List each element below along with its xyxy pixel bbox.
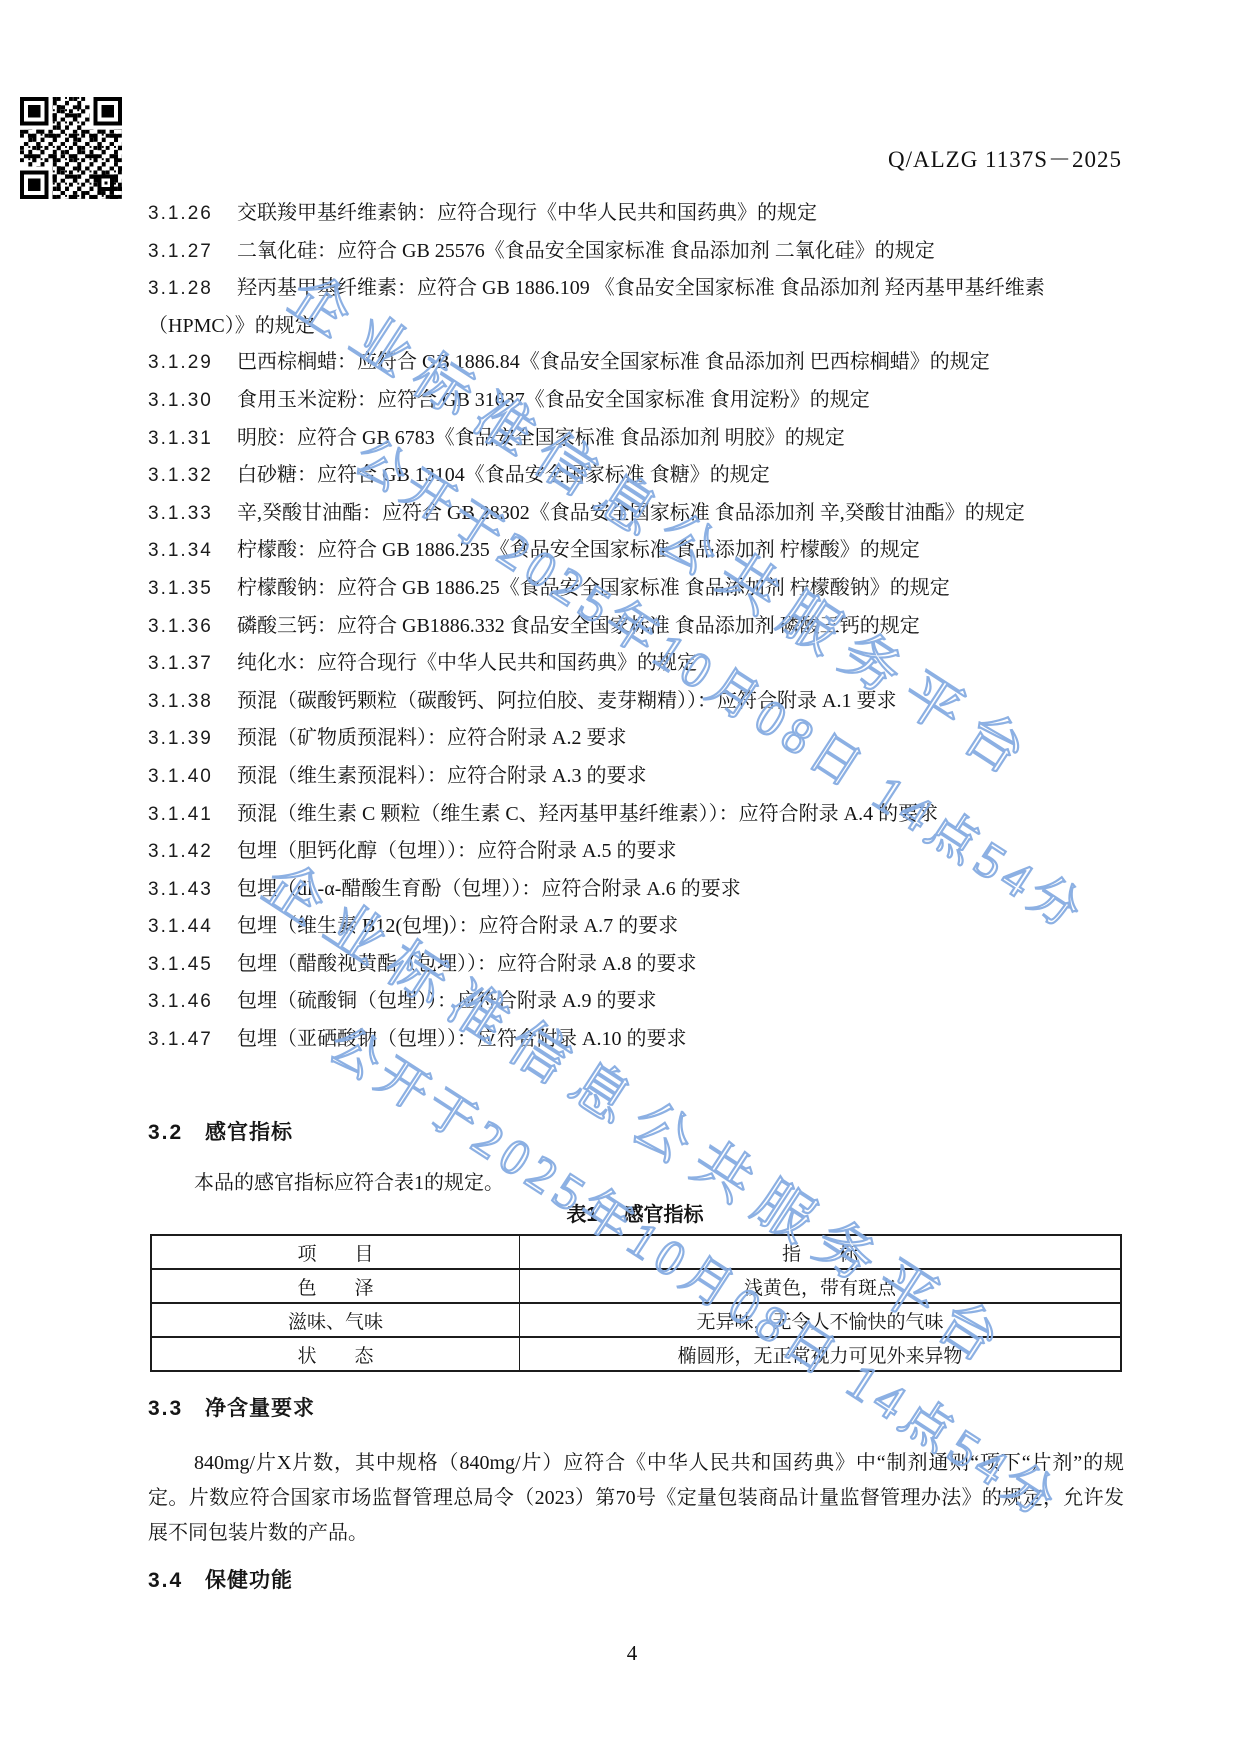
clause-number: 3.1.33	[148, 496, 237, 533]
clause-item: 3.1.44包埋（维生素 B12(包埋)）：应符合附录 A.7 的要求	[148, 908, 1124, 946]
clause-number: 3.1.27	[148, 234, 237, 271]
table-header-item: 项 目	[151, 1235, 520, 1269]
clause-item: 3.1.34柠檬酸：应符合 GB 1886.235《食品安全国家标准 食品添加剂…	[148, 532, 1124, 570]
table-cell-indicator: 无异味，无令人不愉快的气味	[520, 1303, 1122, 1337]
clause-number: 3.1.26	[148, 196, 237, 233]
clause-number: 3.1.38	[148, 684, 237, 721]
clause-number: 3.1.39	[148, 721, 237, 758]
clause-item: 3.1.38预混（碳酸钙颗粒（碳酸钙、阿拉伯胶、麦芽糊精））：应符合附录 A.1…	[148, 683, 1124, 721]
clause-text: 羟丙基甲基纤维素：应符合 GB 1886.109 《食品安全国家标准 食品添加剂…	[148, 277, 1045, 337]
table-cell-item: 色 泽	[151, 1269, 520, 1303]
clause-text: 柠檬酸：应符合 GB 1886.235《食品安全国家标准 食品添加剂 柠檬酸》的…	[237, 539, 920, 561]
clause-item: 3.1.30食用玉米淀粉：应符合 GB 31637《食品安全国家标准 食用淀粉》…	[148, 382, 1124, 420]
clause-text: 预混（维生素预混料）：应符合附录 A.3 的要求	[237, 765, 646, 787]
clause-number: 3.1.43	[148, 872, 237, 909]
clause-number: 3.1.31	[148, 421, 237, 458]
clause-number: 3.1.30	[148, 383, 237, 420]
table-cell-indicator: 浅黄色，带有斑点	[520, 1269, 1122, 1303]
clause-number: 3.1.42	[148, 834, 237, 871]
qr-code	[20, 97, 122, 199]
clause-item: 3.1.26交联羧甲基纤维素钠：应符合现行《中华人民共和国药典》的规定	[148, 195, 1124, 233]
section-heading-3-4: 3.4保健功能	[148, 1564, 1124, 1594]
page-number: 4	[560, 1641, 704, 1666]
clause-item: 3.1.43包埋（dl -α-醋酸生育酚（包埋））：应符合附录 A.6 的要求	[148, 871, 1124, 909]
clause-number: 3.1.47	[148, 1022, 237, 1059]
clause-text: 包埋（硫酸铜（包埋））：应符合附录 A.9 的要求	[237, 990, 656, 1012]
clause-number: 3.1.28	[148, 271, 237, 308]
section-heading-3-3: 3.3净含量要求	[148, 1392, 1124, 1422]
clause-number: 3.1.34	[148, 533, 237, 570]
clause-item: 3.1.32白砂糖：应符合 GB 13104《食品安全国家标准 食糖》的规定	[148, 457, 1124, 495]
section-number: 3.4	[148, 1569, 205, 1593]
clause-number: 3.1.35	[148, 571, 237, 608]
section-title: 感官指标	[205, 1121, 293, 1144]
table1-intro-paragraph: 本品的感官指标应符合表1的规定。	[148, 1166, 1124, 1195]
clause-text: 包埋（胆钙化醇（包埋））：应符合附录 A.5 的要求	[237, 840, 676, 862]
clause-item: 3.1.27二氧化硅：应符合 GB 25576《食品安全国家标准 食品添加剂 二…	[148, 233, 1124, 271]
clause-item: 3.1.42包埋（胆钙化醇（包埋））：应符合附录 A.5 的要求	[148, 833, 1124, 871]
section-title: 保健功能	[205, 1569, 293, 1592]
table1-caption-label: 表1	[566, 1204, 597, 1226]
table-cell-item: 滋味、气味	[151, 1303, 520, 1337]
table-header-indicator: 指 标	[520, 1235, 1122, 1269]
clause-item: 3.1.35柠檬酸钠：应符合 GB 1886.25《食品安全国家标准 食品添加剂…	[148, 570, 1124, 608]
clause-text: 明胶：应符合 GB 6783《食品安全国家标准 食品添加剂 明胶》的规定	[237, 427, 845, 449]
clause-text: 预混（维生素 C 颗粒（维生素 C、羟丙基甲基纤维素））：应符合附录 A.4 的…	[237, 803, 938, 825]
clause-number: 3.1.32	[148, 458, 237, 495]
table-row: 色 泽 浅黄色，带有斑点	[151, 1269, 1121, 1303]
clause-text: 二氧化硅：应符合 GB 25576《食品安全国家标准 食品添加剂 二氧化硅》的规…	[237, 240, 935, 262]
clause-text: 纯化水：应符合现行《中华人民共和国药典》的规定	[237, 652, 697, 674]
clause-item: 3.1.31明胶：应符合 GB 6783《食品安全国家标准 食品添加剂 明胶》的…	[148, 420, 1124, 458]
section-title: 净含量要求	[205, 1397, 315, 1420]
clause-number: 3.1.29	[148, 345, 237, 382]
clause-number: 3.1.45	[148, 947, 237, 984]
doc-code: Q/ALZG 1137S－2025	[888, 141, 1122, 174]
table1-caption: 表1感官指标	[148, 1198, 1122, 1227]
clause-text: 预混（碳酸钙颗粒（碳酸钙、阿拉伯胶、麦芽糊精））：应符合附录 A.1 要求	[237, 690, 896, 712]
clause-item: 3.1.39预混（矿物质预混料）：应符合附录 A.2 要求	[148, 720, 1124, 758]
clause-text: 柠檬酸钠：应符合 GB 1886.25《食品安全国家标准 食品添加剂 柠檬酸钠》…	[237, 577, 950, 599]
clause-text: 包埋（醋酸视黄酯（包埋））：应符合附录 A.8 的要求	[237, 953, 696, 975]
table1-caption-title: 感官指标	[624, 1204, 704, 1226]
clause-text: 食用玉米淀粉：应符合 GB 31637《食品安全国家标准 食用淀粉》的规定	[237, 389, 870, 411]
clause-text: 交联羧甲基纤维素钠：应符合现行《中华人民共和国药典》的规定	[237, 202, 817, 224]
clause-item: 3.1.46包埋（硫酸铜（包埋））：应符合附录 A.9 的要求	[148, 983, 1124, 1021]
qr-finder-top-left	[20, 97, 49, 126]
clause-number: 3.1.36	[148, 609, 237, 646]
clause-text: 磷酸三钙：应符合 GB1886.332 食品安全国家标准 食品添加剂 磷酸三钙的…	[237, 615, 920, 637]
clause-number: 3.1.40	[148, 759, 237, 796]
section-number: 3.2	[148, 1121, 205, 1145]
qr-finder-top-right	[93, 97, 122, 126]
clause-number: 3.1.44	[148, 909, 237, 946]
clause-item: 3.1.47包埋（亚硒酸钠（包埋））：应符合附录 A.10 的要求	[148, 1021, 1124, 1059]
clause-number: 3.1.41	[148, 797, 237, 834]
table-row: 状 态 椭圆形，无正常视力可见外来异物	[151, 1337, 1121, 1371]
clause-number: 3.1.46	[148, 984, 237, 1021]
clause-text: 预混（矿物质预混料）：应符合附录 A.2 要求	[237, 727, 626, 749]
section-number: 3.3	[148, 1397, 205, 1421]
table-row: 滋味、气味 无异味，无令人不愉快的气味	[151, 1303, 1121, 1337]
clause-item: 3.1.45包埋（醋酸视黄酯（包埋））：应符合附录 A.8 的要求	[148, 946, 1124, 984]
clause-number: 3.1.37	[148, 646, 237, 683]
clause-list: 3.1.26交联羧甲基纤维素钠：应符合现行《中华人民共和国药典》的规定 3.1.…	[148, 195, 1124, 1059]
sensory-indicator-table: 项 目 指 标 色 泽 浅黄色，带有斑点 滋味、气味 无异味，无令人不愉快的气味…	[150, 1234, 1122, 1372]
clause-text: 巴西棕榈蜡：应符合 GB 1886.84《食品安全国家标准 食品添加剂 巴西棕榈…	[237, 351, 990, 373]
clause-item: 3.1.33辛,癸酸甘油酯：应符合 GB 28302《食品安全国家标准 食品添加…	[148, 495, 1124, 533]
table-header-row: 项 目 指 标	[151, 1235, 1121, 1269]
clause-item: 3.1.29巴西棕榈蜡：应符合 GB 1886.84《食品安全国家标准 食品添加…	[148, 344, 1124, 382]
clause-text: 白砂糖：应符合 GB 13104《食品安全国家标准 食糖》的规定	[237, 464, 770, 486]
section-heading-3-2: 3.2感官指标	[148, 1116, 1124, 1146]
clause-text: 辛,癸酸甘油酯：应符合 GB 28302《食品安全国家标准 食品添加剂 辛,癸酸…	[237, 502, 1025, 524]
clause-item: 3.1.40预混（维生素预混料）：应符合附录 A.3 的要求	[148, 758, 1124, 796]
table-cell-indicator: 椭圆形，无正常视力可见外来异物	[520, 1337, 1122, 1371]
qr-finder-bottom-left	[20, 170, 49, 199]
clause-text: 包埋（亚硒酸钠（包埋））：应符合附录 A.10 的要求	[237, 1028, 686, 1050]
clause-item: 3.1.28羟丙基甲基纤维素：应符合 GB 1886.109 《食品安全国家标准…	[148, 270, 1124, 344]
table-cell-item: 状 态	[151, 1337, 520, 1371]
clause-item: 3.1.36磷酸三钙：应符合 GB1886.332 食品安全国家标准 食品添加剂…	[148, 608, 1124, 646]
clause-text: 包埋（维生素 B12(包埋)）：应符合附录 A.7 的要求	[237, 915, 678, 937]
clause-item: 3.1.41预混（维生素 C 颗粒（维生素 C、羟丙基甲基纤维素））：应符合附录…	[148, 796, 1124, 834]
clause-item: 3.1.37纯化水：应符合现行《中华人民共和国药典》的规定	[148, 645, 1124, 683]
clause-text: 包埋（dl -α-醋酸生育酚（包埋））：应符合附录 A.6 的要求	[237, 878, 741, 900]
net-content-paragraph: 840mg/片X片数，其中规格（840mg/片）应符合《中华人民共和国药典》中“…	[148, 1446, 1124, 1551]
